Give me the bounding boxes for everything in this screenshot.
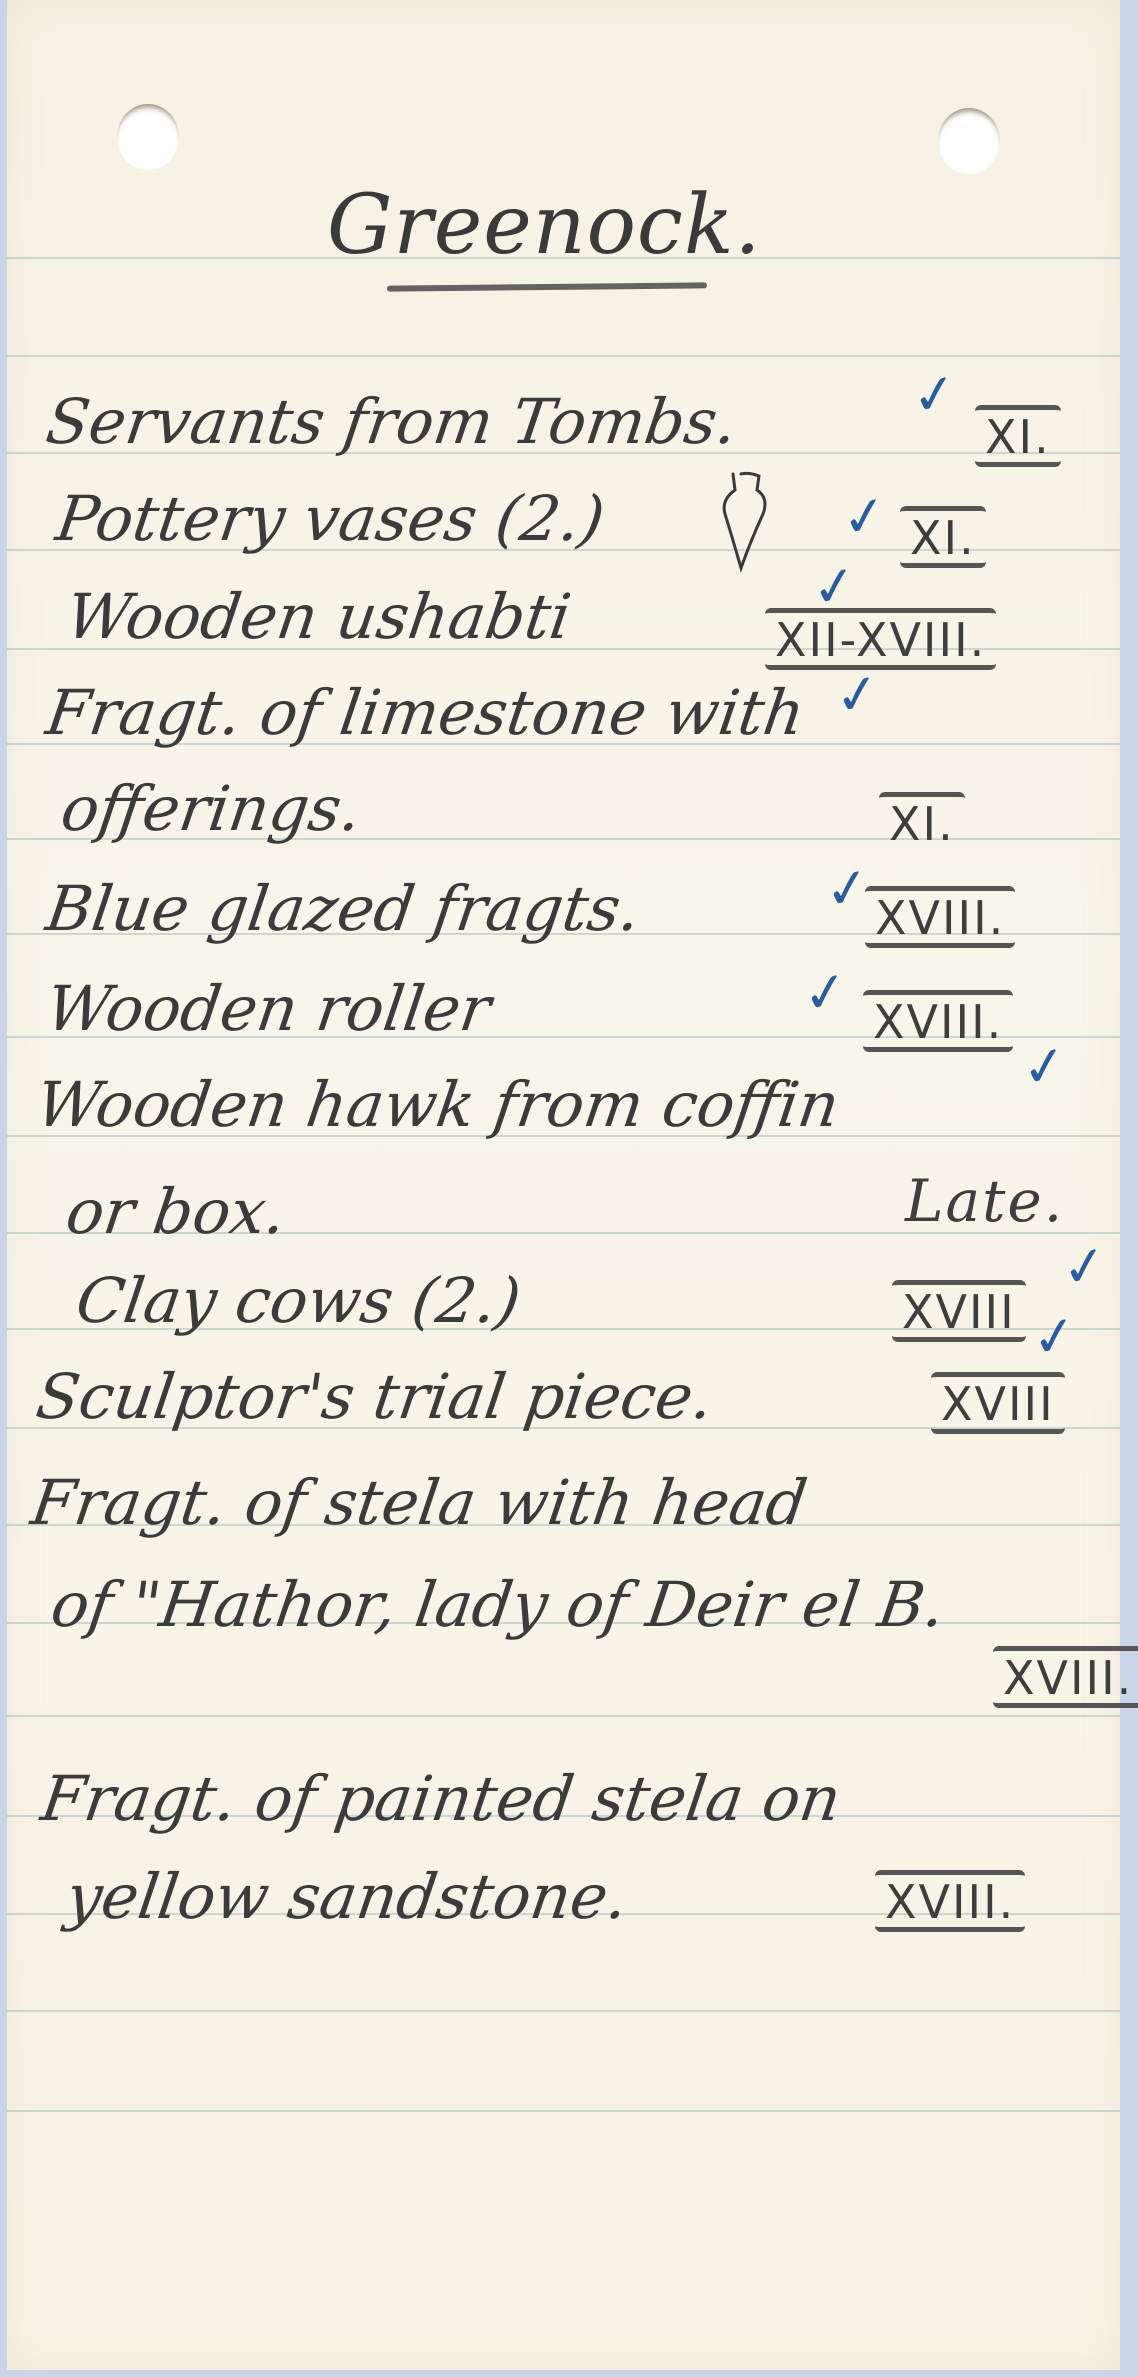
title-underline xyxy=(387,282,707,291)
check-mark-icon: ✓ xyxy=(1028,1307,1080,1367)
item-pottery-vases: Pottery vases (2.) xyxy=(52,482,609,555)
punch-hole-left xyxy=(117,104,179,170)
period-numeral: XVIII. xyxy=(865,886,1015,948)
period-numeral: XVIII xyxy=(892,1280,1026,1342)
item-wooden-hawk-continuation: or box. xyxy=(62,1175,291,1248)
item-fragt-stela-hathor: Fragt. of stela with head xyxy=(27,1466,812,1539)
item-blue-glazed: Blue glazed fragts. xyxy=(42,872,645,945)
period-numeral: XVIII. xyxy=(875,1870,1025,1932)
item-wooden-ushabti: Wooden ushabti xyxy=(62,580,576,653)
ruled-line xyxy=(7,355,1120,357)
period-numeral: XVIII. xyxy=(863,990,1013,1052)
period-numeral: XVIII xyxy=(931,1372,1065,1434)
item-clay-cows: Clay cows (2.) xyxy=(72,1264,525,1337)
item-servants: Servants from Tombs. xyxy=(42,385,742,458)
period-numeral: XVIII. xyxy=(993,1646,1138,1708)
item-fragt-limestone: Fragt. of limestone with xyxy=(42,676,809,749)
punch-hole-right xyxy=(938,108,1000,174)
period-numeral: XI. xyxy=(900,506,986,568)
period-label: Late. xyxy=(895,1168,1074,1232)
period-numeral: XI. xyxy=(879,792,965,849)
check-mark-icon: ✓ xyxy=(908,365,960,425)
note-paper: Greenock. Servants from Tombs. ✓ XI. Pot… xyxy=(7,0,1120,2370)
item-fragt-painted-stela-continuation: yellow sandstone. xyxy=(62,1860,633,1933)
check-mark-icon: ✓ xyxy=(831,665,883,725)
item-fragt-painted-stela: Fragt. of painted stela on xyxy=(37,1762,845,1835)
check-mark-icon: ✓ xyxy=(1018,1037,1070,1097)
period-numeral: XII-XVIII. xyxy=(765,608,996,670)
vase-icon xyxy=(719,470,773,574)
item-fragt-stela-hathor-continuation: of "Hathor, lady of Deir el B. xyxy=(47,1568,949,1641)
ruled-line xyxy=(7,2010,1120,2012)
check-mark-icon: ✓ xyxy=(799,963,851,1023)
check-mark-icon: ✓ xyxy=(1058,1237,1110,1297)
ruled-line xyxy=(7,1715,1120,1717)
period-numeral: XI. xyxy=(975,405,1061,467)
item-fragt-limestone-continuation: offerings. xyxy=(57,772,366,845)
item-wooden-roller: Wooden roller xyxy=(42,972,495,1045)
item-sculptors-trial-piece: Sculptor's trial piece. xyxy=(32,1360,718,1433)
check-mark-icon: ✓ xyxy=(838,487,890,547)
page-title: Greenock. xyxy=(327,178,762,273)
ruled-line xyxy=(7,2110,1120,2112)
item-wooden-hawk: Wooden hawk from coffin xyxy=(32,1068,844,1141)
